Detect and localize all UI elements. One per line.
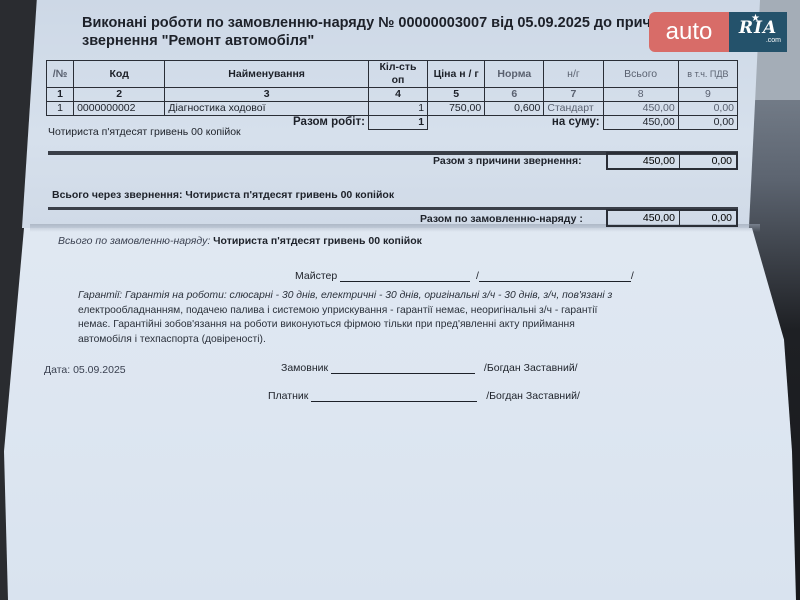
document-title: Виконані роботи по замовленню-наряду № 0… <box>82 14 678 50</box>
order-vat-value: 0,00 <box>680 211 736 225</box>
master-label: Майстер <box>295 270 337 282</box>
reason-total-box: 450,000,00 <box>606 152 738 170</box>
logo-ria-domain: .com <box>766 37 781 45</box>
row-vat: 0,00 <box>678 102 737 116</box>
row-unit: Стандарт <box>544 102 603 116</box>
guarantee-line-2: електрообладнанням, подачею палива і сис… <box>78 304 612 319</box>
guarantee-line-1: Гарантії: Гарантія на роботи: слюсарні -… <box>78 289 612 304</box>
header-code: Код <box>74 61 165 88</box>
master-signature: Майстер // <box>295 269 634 282</box>
order-total-value: 450,00 <box>608 211 680 225</box>
autoria-logo: auto ★ RIA .com <box>649 12 787 52</box>
master-signature-line <box>340 269 470 282</box>
header-num: /№ <box>47 61 74 88</box>
col-num-1: 1 <box>47 88 74 102</box>
reason-vat-value: 0,00 <box>680 154 736 168</box>
table-column-numbers-row: 1 2 3 4 5 6 7 8 9 <box>47 88 738 102</box>
header-name: Найменування <box>165 61 369 88</box>
payer-signature: Платник /Богдан Заставний/ <box>268 389 580 402</box>
row-name: Діагностика ходової <box>165 102 369 116</box>
row-code: 0000000002 <box>74 102 165 116</box>
payer-signature-line <box>311 389 477 402</box>
order-total-label: Разом по замовленню-наряду : <box>420 213 583 225</box>
col-num-2: 2 <box>74 88 165 102</box>
works-total-qty: 1 <box>368 116 427 130</box>
col-num-9: 9 <box>678 88 737 102</box>
sum-vat: 0,00 <box>678 116 737 130</box>
row-total: 450,00 <box>603 102 678 116</box>
all-order-line: Всього по замовленню-наряду: Чотириста п… <box>58 235 422 247</box>
col-num-4: 4 <box>368 88 427 102</box>
sum-total: 450,00 <box>603 116 678 130</box>
works-table: /№ Код Найменування Кіл-сть оп Ціна н / … <box>46 60 738 130</box>
all-order-words: Чотириста п'ятдесят гривень 00 копійок <box>213 235 422 247</box>
logo-ria: ★ RIA .com <box>729 12 787 52</box>
header-qty: Кіл-сть оп <box>368 61 427 88</box>
header-norm: Норма <box>485 61 544 88</box>
col-num-7: 7 <box>544 88 603 102</box>
document-date: Дата: 05.09.2025 <box>44 364 126 376</box>
guarantee-line-4: автомобіля і техпаспорта (довіреності). <box>78 333 612 348</box>
order-total-box: 450,000,00 <box>606 209 738 227</box>
customer-name: /Богдан Заставний/ <box>484 362 578 374</box>
star-icon: ★ <box>751 13 760 24</box>
document-title-line2: звернення "Ремонт автомобіля" <box>82 32 678 50</box>
row-qty: 1 <box>368 102 427 116</box>
master-name-line <box>479 269 631 282</box>
all-order-prefix: Всього по замовленню-наряду: <box>58 235 210 247</box>
row-norm: 0,600 <box>485 102 544 116</box>
table-header-row: /№ Код Найменування Кіл-сть оп Ціна н / … <box>47 61 738 88</box>
header-unit: н/г <box>544 61 603 88</box>
guarantee-line-3: немає. Гарантійні зобов'язання на роботи… <box>78 318 612 333</box>
table-row: 1 0000000002 Діагностика ходової 1 750,0… <box>47 102 738 116</box>
document-title-line1: Виконані роботи по замовленню-наряду № 0… <box>82 14 678 32</box>
paper-lower-sheet <box>0 228 800 600</box>
col-num-5: 5 <box>428 88 485 102</box>
reason-total-value: 450,00 <box>608 154 680 168</box>
logo-auto: auto <box>649 12 729 52</box>
sum-label: на суму: <box>428 116 603 130</box>
all-through-reason: Всього через звернення: Чотириста п'ятде… <box>52 189 394 201</box>
guarantee-text: Гарантії: Гарантія на роботи: слюсарні -… <box>78 289 612 347</box>
col-num-3: 3 <box>165 88 369 102</box>
payer-label: Платник <box>268 390 308 402</box>
customer-signature-line <box>331 361 475 374</box>
customer-signature: Замовник /Богдан Заставний/ <box>281 361 578 374</box>
customer-label: Замовник <box>281 362 328 374</box>
row-num: 1 <box>47 102 74 116</box>
amount-in-words: Чотириста п'ятдесят гривень 00 копійок <box>48 126 241 138</box>
col-num-6: 6 <box>485 88 544 102</box>
row-price: 750,00 <box>428 102 485 116</box>
header-price: Ціна н / г <box>428 61 485 88</box>
header-vat: в т.ч. ПДВ <box>678 61 737 88</box>
header-total: Всього <box>603 61 678 88</box>
reason-total-label: Разом з причини звернення: <box>433 155 582 167</box>
col-num-8: 8 <box>603 88 678 102</box>
payer-name: /Богдан Заставний/ <box>486 390 580 402</box>
